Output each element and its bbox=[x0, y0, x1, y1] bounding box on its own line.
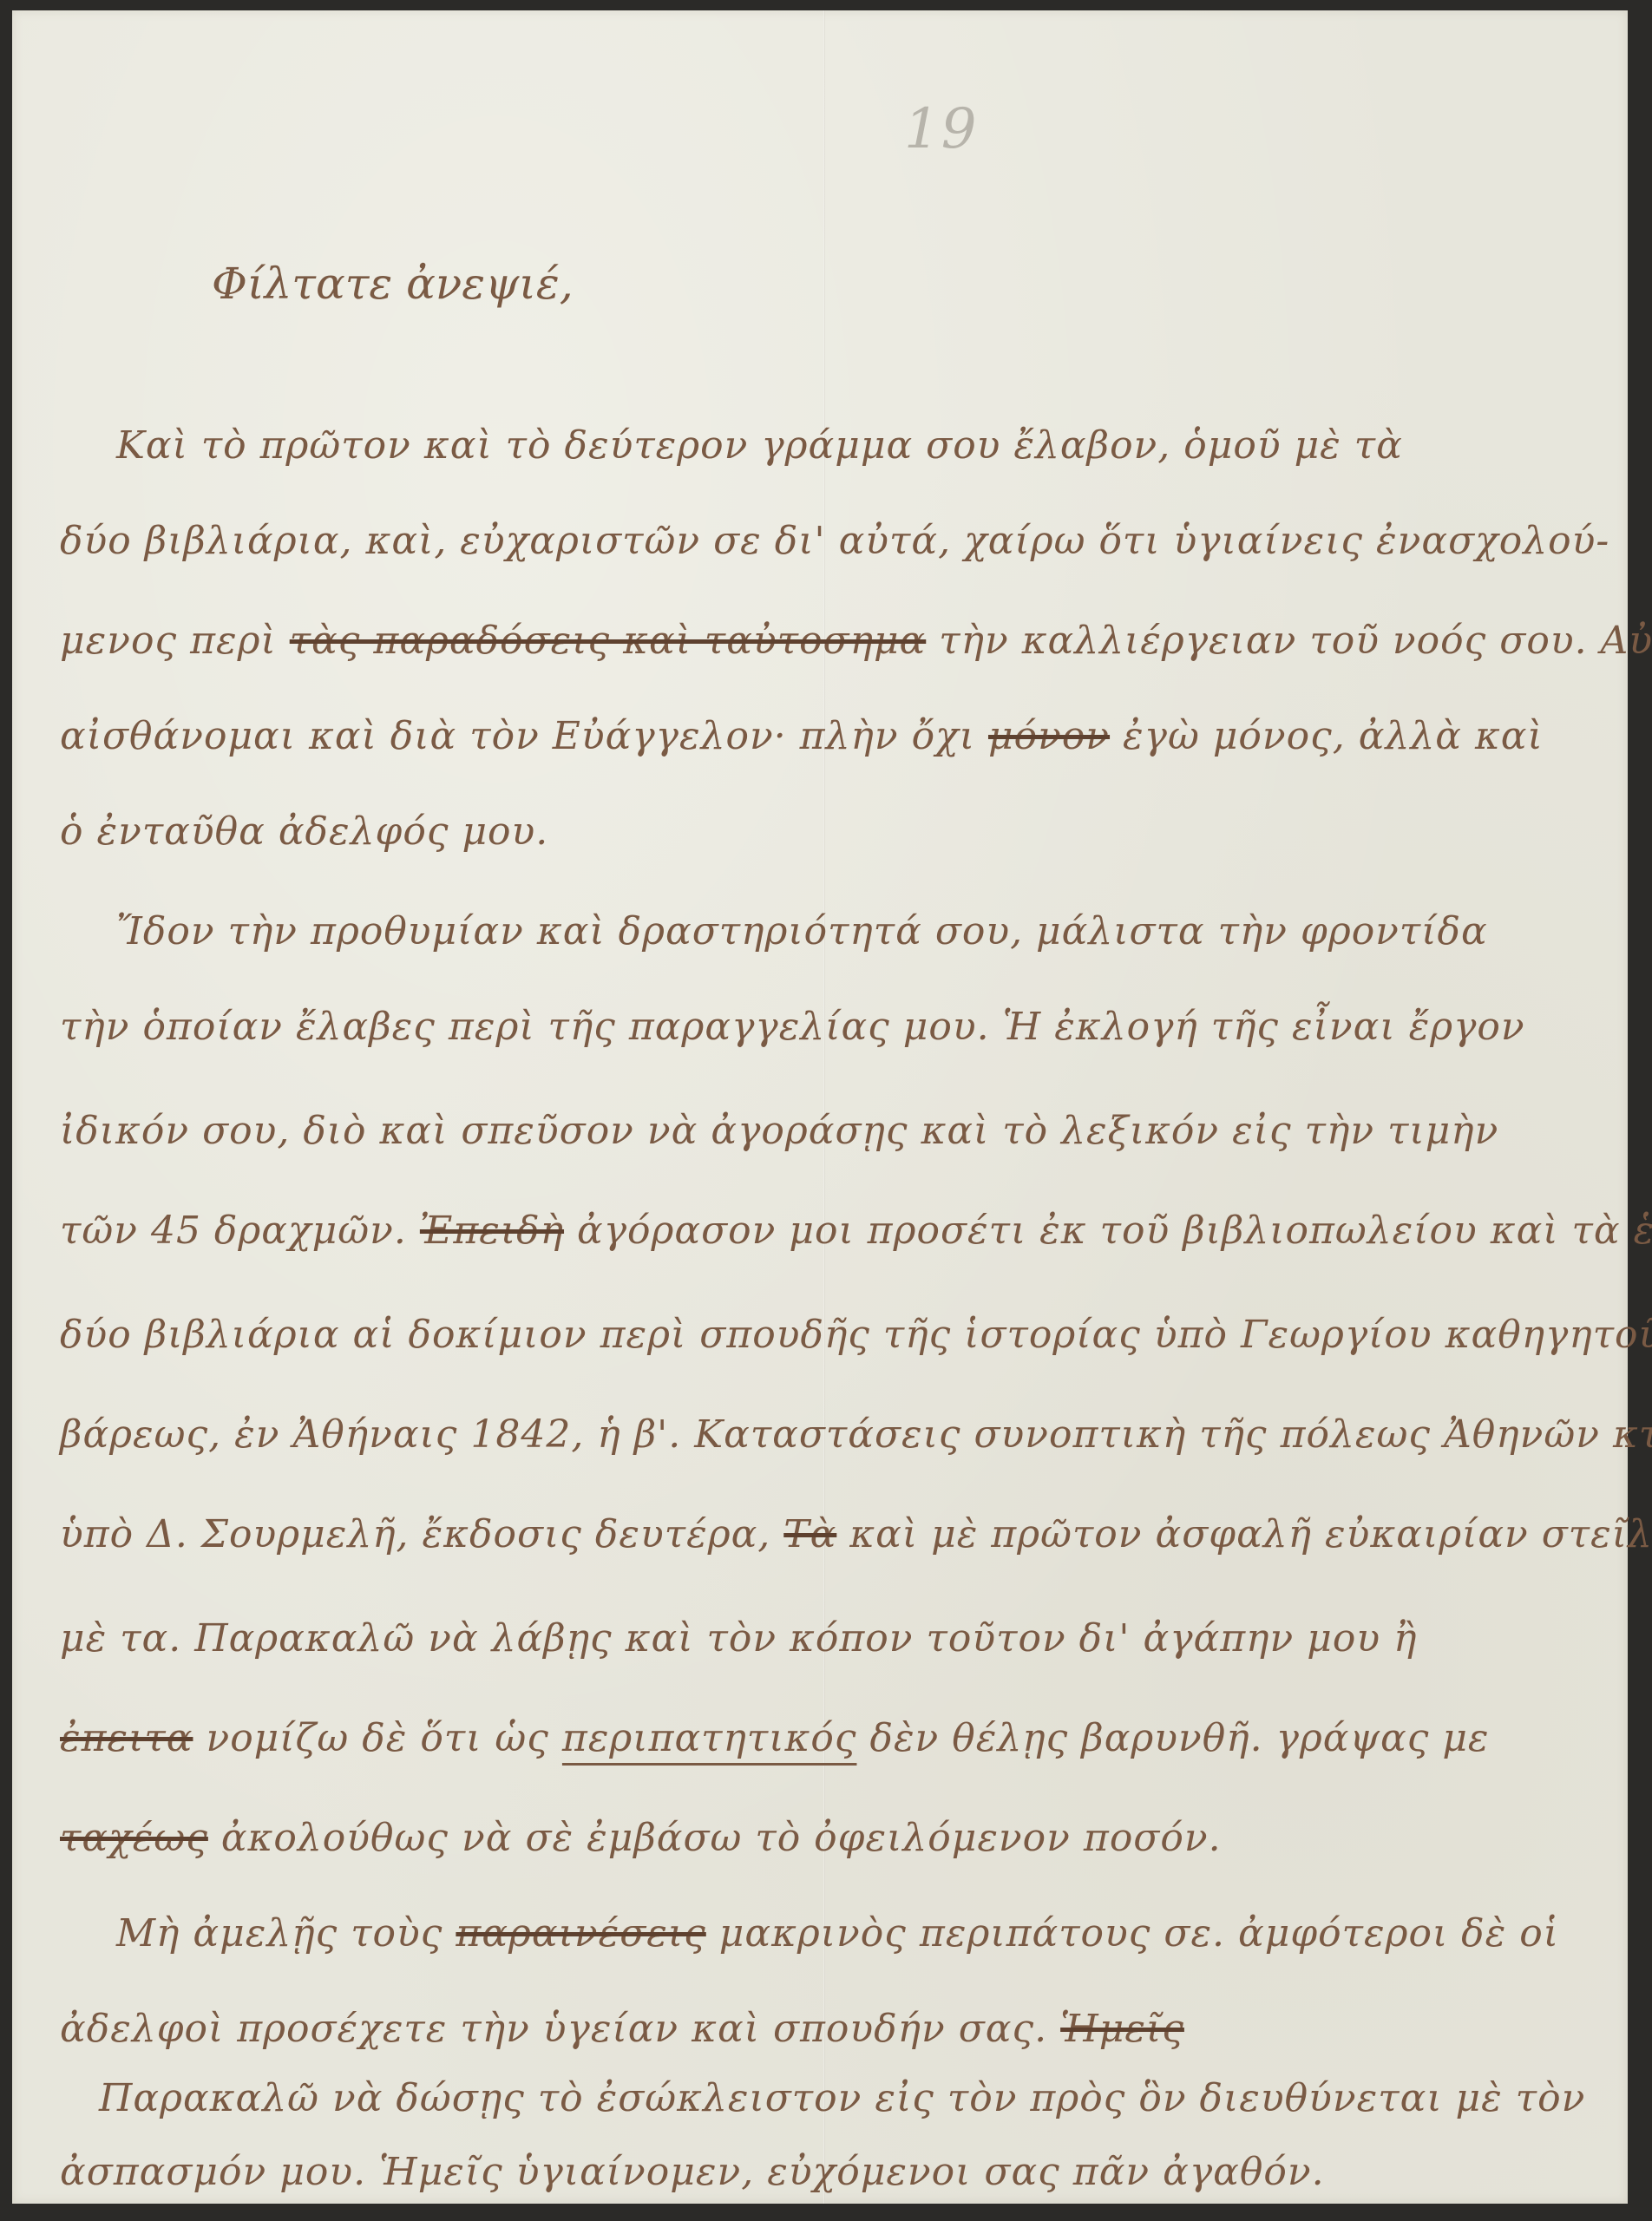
line-text: μακρινὸς περιπάτους σε. ἀμφότεροι δὲ οἱ bbox=[706, 1911, 1559, 1956]
letter-line: Ἴδον τὴν προθυμίαν καὶ δραστηριότητά σου… bbox=[116, 913, 1488, 951]
line-text: Παρακαλῶ νὰ δώσῃς τὸ ἐσώκλειστον εἰς τὸν… bbox=[99, 2076, 1585, 2120]
letter-line: ἀσπασμόν μου. Ἡμεῖς ὑγιαίνομεν, εὐχόμενο… bbox=[60, 2153, 1325, 2192]
line-text: Καὶ τὸ πρῶτον καὶ τὸ δεύτερον γράμμα σου… bbox=[116, 423, 1403, 468]
line-text: ὁ ἐνταῦθα ἀδελφός μου. bbox=[60, 809, 548, 854]
line-text: αἰσθάνομαι καὶ διὰ τὸν Εὐάγγελον· πλὴν ὄ… bbox=[60, 714, 988, 758]
line-text: νομίζω δὲ ὅτι ὡς bbox=[193, 1716, 561, 1760]
underlined-text: περιπατητικός bbox=[562, 1716, 857, 1760]
letter-line: ὁ ἐνταῦθα ἀδελφός μου. bbox=[60, 813, 548, 851]
letter-line: Μὴ ἀμελῇς τοὺς παραινέσεις μακρινὸς περι… bbox=[116, 1915, 1559, 1953]
struck-text: παραινέσεις bbox=[456, 1911, 705, 1956]
line-text: μὲ τα. Παρακαλῶ νὰ λάβῃς καὶ τὸν κόπον τ… bbox=[60, 1616, 1417, 1661]
letter-line: μὲ τα. Παρακαλῶ νὰ λάβῃς καὶ τὸν κόπον τ… bbox=[60, 1620, 1417, 1658]
line-text: δὲν θέλῃς βαρυνθῆ. γράψας με bbox=[856, 1716, 1489, 1760]
struck-text: ταχέως bbox=[60, 1816, 208, 1860]
letter-line: αἰσθάνομαι καὶ διὰ τὸν Εὐάγγελον· πλὴν ὄ… bbox=[60, 717, 1544, 756]
letter-line: μενος περὶ τὰς παραδόσεις καὶ ταὐτοσημα … bbox=[60, 622, 1652, 660]
line-text: ὑπὸ Δ. Σουρμελῆ, ἔκδοσις δευτέρα, bbox=[60, 1512, 783, 1556]
letter-line: ἀδελφοὶ προσέχετε τὴν ὑγείαν καὶ σπουδήν… bbox=[60, 2010, 1184, 2048]
letter-line: βάρεως, ἐν Ἀθήναις 1842, ἡ β'. Καταστάσε… bbox=[60, 1416, 1652, 1454]
struck-text: Ἡμεῖς bbox=[1060, 2007, 1184, 2051]
line-text: ἀδελφοὶ προσέχετε τὴν ὑγείαν καὶ σπουδήν… bbox=[60, 2007, 1060, 2051]
line-text: ἀσπασμόν μου. Ἡμεῖς ὑγιαίνομεν, εὐχόμενο… bbox=[60, 2150, 1325, 2194]
struck-text: Τὰ bbox=[783, 1512, 836, 1556]
letter-line: ἐπειτα νομίζω δὲ ὅτι ὡς περιπατητικός δὲ… bbox=[60, 1720, 1490, 1758]
line-text: τῶν 45 δραχμῶν. bbox=[60, 1209, 420, 1253]
letter-line: ταχέως ἀκολούθως νὰ σὲ ἐμβάσω τὸ ὀφειλόμ… bbox=[60, 1819, 1222, 1857]
letter-sheet: 19 Φίλτατε ἀνεψιέ, Καὶ τὸ πρῶτον καὶ τὸ … bbox=[12, 10, 1628, 2204]
line-text: Ἴδον τὴν προθυμίαν καὶ δραστηριότητά σου… bbox=[116, 909, 1488, 953]
line-text: βάρεως, ἐν Ἀθήναις 1842, ἡ β'. Καταστάσε… bbox=[60, 1412, 1652, 1457]
struck-text: μόνον bbox=[988, 714, 1110, 758]
letter-line: δύο βιβλιάρια, καὶ, εὐχαριστῶν σε δι' αὐ… bbox=[60, 522, 1609, 560]
struck-text: ἐπειτα bbox=[60, 1716, 193, 1760]
letter-line: ἰδικόν σου, διὸ καὶ σπεῦσον νὰ ἀγοράσῃς … bbox=[60, 1112, 1498, 1150]
line-text: μενος περὶ bbox=[60, 619, 290, 663]
folio-number: 19 bbox=[904, 97, 978, 161]
line-text: δύο βιβλιάρια, καὶ, εὐχαριστῶν σε δι' αὐ… bbox=[60, 519, 1609, 563]
line-text: Μὴ ἀμελῇς τοὺς bbox=[116, 1911, 456, 1956]
line-text: ἐγὼ μόνος, ἀλλὰ καὶ bbox=[1110, 714, 1544, 758]
line-text: καὶ μὲ πρῶτον ἀσφαλῆ εὐκαιρίαν στεῖλε bbox=[836, 1512, 1652, 1556]
letter-line: τῶν 45 δραχμῶν. Ἐπειδὴ ἀγόρασον μοι προσ… bbox=[60, 1212, 1652, 1250]
line-text: τὴν ὁποίαν ἔλαβες περὶ τῆς παραγγελίας μ… bbox=[60, 1005, 1525, 1049]
line-text: ἀγόρασον μοι προσέτι ἐκ τοῦ βιβλιοπωλείο… bbox=[564, 1209, 1652, 1253]
letter-line: ὑπὸ Δ. Σουρμελῆ, ἔκδοσις δευτέρα, Τὰ καὶ… bbox=[60, 1516, 1652, 1554]
struck-text: Ἐπειδὴ bbox=[420, 1209, 564, 1253]
struck-text: τὰς παραδόσεις καὶ ταὐτοσημα bbox=[290, 619, 927, 663]
line-text: δύο βιβλιάρια αἱ δοκίμιον περὶ σπουδῆς τ… bbox=[60, 1313, 1652, 1357]
letter-line: Καὶ τὸ πρῶτον καὶ τὸ δεύτερον γράμμα σου… bbox=[116, 427, 1403, 465]
letter-line: Παρακαλῶ νὰ δώσῃς τὸ ἐσώκλειστον εἰς τὸν… bbox=[99, 2080, 1585, 2118]
letter-line: τὴν ὁποίαν ἔλαβες περὶ τῆς παραγγελίας μ… bbox=[60, 1008, 1525, 1046]
line-text: ἰδικόν σου, διὸ καὶ σπεῦσον νὰ ἀγοράσῃς … bbox=[60, 1109, 1498, 1153]
line-text: τὴν καλλιέργειαν τοῦ νοός σου. Αὐτὸ τοῦτ… bbox=[926, 619, 1652, 663]
line-text: ἀκολούθως νὰ σὲ ἐμβάσω τὸ ὀφειλόμενον πο… bbox=[208, 1816, 1222, 1860]
letter-line: δύο βιβλιάρια αἱ δοκίμιον περὶ σπουδῆς τ… bbox=[60, 1316, 1652, 1354]
paper-fold-crease bbox=[823, 10, 825, 2204]
salutation: Φίλτατε ἀνεψιέ, bbox=[212, 262, 574, 305]
